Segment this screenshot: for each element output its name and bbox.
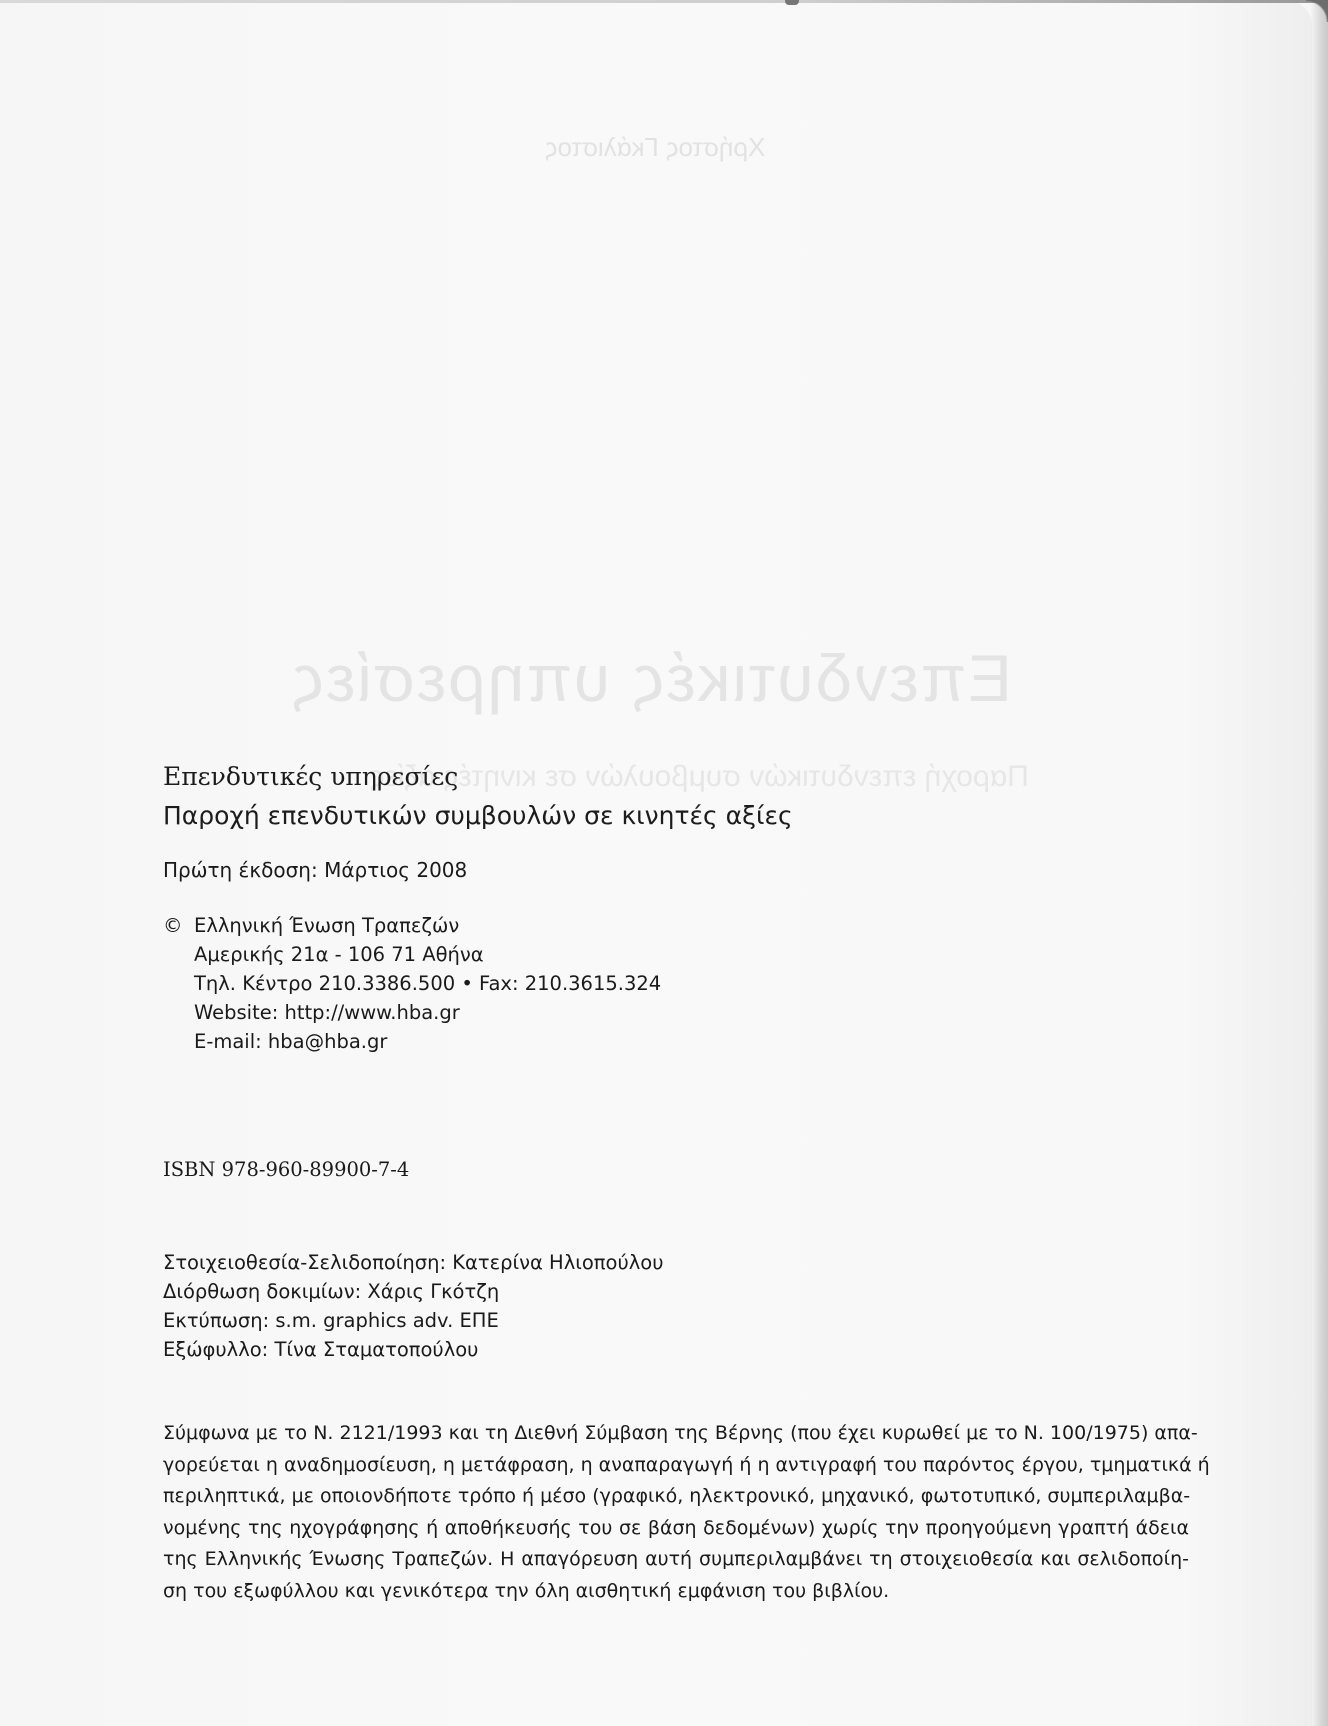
- isbn: ISBN 978-960-89900-7-4: [163, 1158, 409, 1181]
- bleed-through-author: Χρήστος Γκάλιστος: [545, 132, 766, 163]
- publisher-name: Ελληνική Ένωση Τραπεζών: [194, 914, 459, 937]
- bleed-through-subtitle: Παροχή επενδυτικών συμβουλών σε κινητές …: [370, 760, 1029, 794]
- publisher-address: Αμερικής 21α - 106 71 Αθήνα: [163, 940, 661, 969]
- credits-block: Στοιχειοθεσία-Σελιδοποίηση: Κατερίνα Ηλι…: [163, 1248, 664, 1364]
- page-edge-shadow: [1310, 0, 1328, 1726]
- credit-printing: Εκτύπωση: s.m. graphics adv. ΕΠΕ: [163, 1306, 664, 1335]
- credit-proofreading: Διόρθωση δοκιμίων: Χάρις Γκότζη: [163, 1277, 664, 1306]
- page-top-edge: [0, 0, 1328, 3]
- publisher-email: E-mail: hba@hba.gr: [163, 1027, 661, 1056]
- legal-notice: Σύμφωνα με το Ν. 2121/1993 και τη Διεθνή…: [163, 1418, 1189, 1607]
- copyright-publisher-row: ©Ελληνική Ένωση Τραπεζών: [163, 911, 661, 940]
- book-title: Επενδυτικές υπηρεσίες: [163, 762, 458, 791]
- scan-mark: [785, 0, 799, 5]
- copyright-block: ©Ελληνική Ένωση Τραπεζών Αμερικής 21α - …: [163, 911, 661, 1056]
- credit-typesetting: Στοιχειοθεσία-Σελιδοποίηση: Κατερίνα Ηλι…: [163, 1248, 664, 1277]
- legal-line: νομένης της ηχογράφησης ή αποθήκευσής το…: [163, 1513, 1189, 1545]
- bleed-through-title: Επενδυτικές υπηρεσίες: [290, 640, 1012, 716]
- page-corner: [1306, 0, 1328, 22]
- legal-line: περιληπτικά, με οποιονδήποτε τρόπο ή μέσ…: [163, 1481, 1189, 1513]
- legal-line: της Ελληνικής Ένωσης Τραπεζών. Η απαγόρε…: [163, 1544, 1189, 1576]
- credit-cover: Εξώφυλλο: Τίνα Σταματοπούλου: [163, 1335, 664, 1364]
- publisher-website: Website: http://www.hba.gr: [163, 998, 661, 1027]
- publisher-phone: Τηλ. Κέντρο 210.3386.500 • Fax: 210.3615…: [163, 969, 661, 998]
- copyright-icon: ©: [163, 911, 194, 940]
- legal-line: ση του εξωφύλλου και γενικότερα την όλη …: [163, 1576, 1189, 1608]
- book-subtitle: Παροχή επενδυτικών συμβουλών σε κινητές …: [163, 801, 793, 830]
- edition-info: Πρώτη έκδοση: Μάρτιος 2008: [163, 858, 467, 882]
- legal-line: γορεύεται η αναδημοσίευση, η μετάφραση, …: [163, 1450, 1189, 1482]
- legal-line: Σύμφωνα με το Ν. 2121/1993 και τη Διεθνή…: [163, 1418, 1189, 1450]
